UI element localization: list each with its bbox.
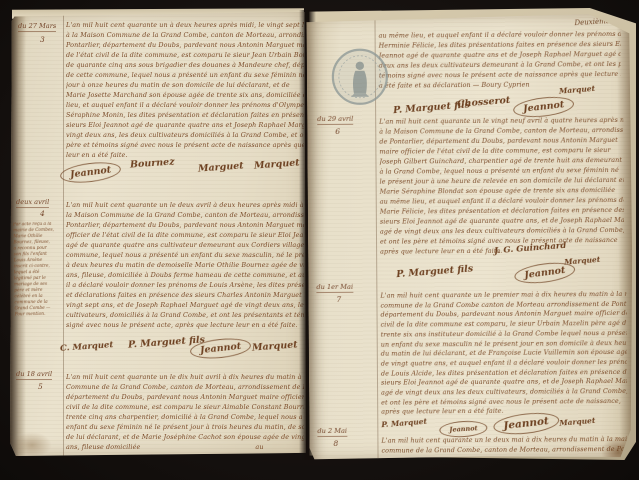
margin-date: du 1er Mai: [316, 283, 353, 293]
act-text: L'an mil huit cent quarante un le premie…: [380, 290, 627, 420]
signature-bournez: Bournez: [130, 156, 175, 170]
signature-marquet: Marquet: [252, 339, 298, 353]
act-text: L'an mil huit cent quarante un le deux a…: [66, 200, 304, 332]
signature-c-marquet: C. Marquet: [60, 340, 114, 354]
act-text: L'an mil huit cent quarante un le vingt …: [379, 115, 624, 259]
margin-entry-number: 3: [40, 35, 45, 44]
signature-marguet: Marguet: [198, 160, 244, 174]
margin-entry-number: 4: [40, 209, 45, 218]
signature-marquet: Marquet: [559, 416, 596, 428]
left-register-page: du 27 Mars 3 L'an mil huit cent quarante…: [10, 12, 306, 456]
signature-marquet: Marquet: [559, 84, 596, 96]
signature-p-marguet-fils: P. Marguet fils: [396, 263, 474, 280]
margin-entry-number: 5: [38, 382, 43, 391]
margin-date: deux avril: [16, 198, 49, 208]
scanned-register-photo: du 27 Mars 3 L'an mil huit cent quarante…: [0, 0, 639, 480]
revenue-stamp-icon: [331, 48, 389, 106]
margin-date: du 2 Mai: [317, 427, 347, 437]
margin-date: du 18 avril: [16, 370, 52, 380]
act-text: L'an mil huit cent quarante un à deux he…: [66, 20, 304, 162]
marginal-note: Par acte reçu à la mairie de Combes, Mar…: [13, 222, 63, 331]
act-text-continuation: au même lieu, et auquel enfant il a décl…: [379, 29, 621, 93]
margin-date: du 29 avril: [317, 115, 353, 125]
margin-rule-line: [63, 12, 64, 456]
right-register-page: Deuxième au même lieu, et auquel enfant …: [306, 13, 633, 461]
margin-entry-number: 8: [333, 439, 338, 448]
signature-chosserot: Chosserot: [457, 95, 511, 110]
margin-date: du 27 Mars: [18, 22, 56, 32]
margin-entry-number: 7: [336, 295, 341, 304]
signature-jeannot: Jeannot: [59, 159, 122, 185]
signature-marquet: Marquet: [564, 255, 601, 267]
act-text: L'an mil huit cent quarante un le deux m…: [381, 434, 627, 458]
signature-marquet: Marquet: [254, 157, 300, 171]
act-text: L'an mil huit cent quarante un le dix hu…: [66, 372, 304, 454]
margin-entry-number: 6: [335, 127, 340, 136]
